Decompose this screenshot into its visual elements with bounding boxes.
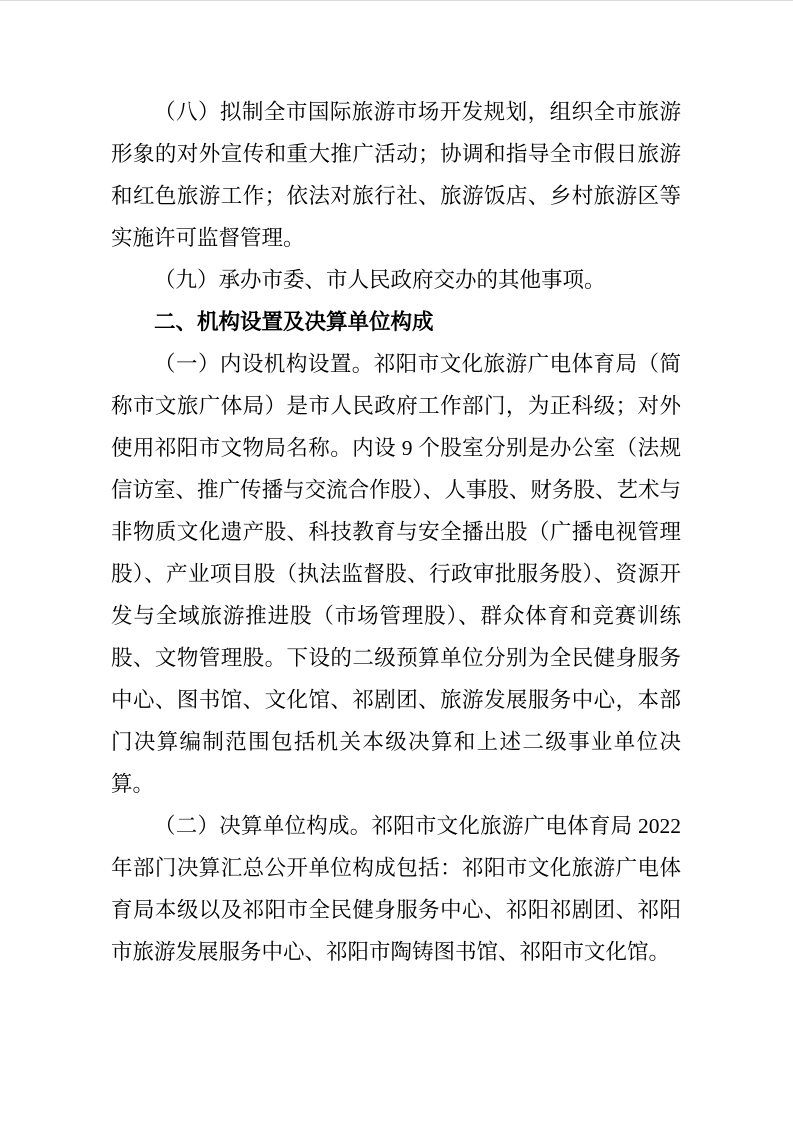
- paragraph-internal-org: （一）内设机构设置。祁阳市文化旅游广电体育局（简称市文旅广体局）是市人民政府工作…: [111, 343, 681, 805]
- paragraph-duty-8: （八）拟制全市国际旅游市场开发规划，组织全市旅游形象的对外宣传和重大推广活动；协…: [111, 91, 681, 259]
- paragraph-unit-composition: （二）决算单位构成。祁阳市文化旅游广电体育局 2022 年部门决算汇总公开单位构…: [111, 805, 681, 973]
- page-top-edge: [0, 0, 793, 1]
- section-heading: 二、机构设置及决算单位构成: [111, 301, 681, 343]
- document-page: （八）拟制全市国际旅游市场开发规划，组织全市旅游形象的对外宣传和重大推广活动；协…: [0, 0, 793, 1122]
- paragraph-duty-9: （九）承办市委、市人民政府交办的其他事项。: [111, 259, 681, 301]
- document-body: （八）拟制全市国际旅游市场开发规划，组织全市旅游形象的对外宣传和重大推广活动；协…: [111, 91, 681, 973]
